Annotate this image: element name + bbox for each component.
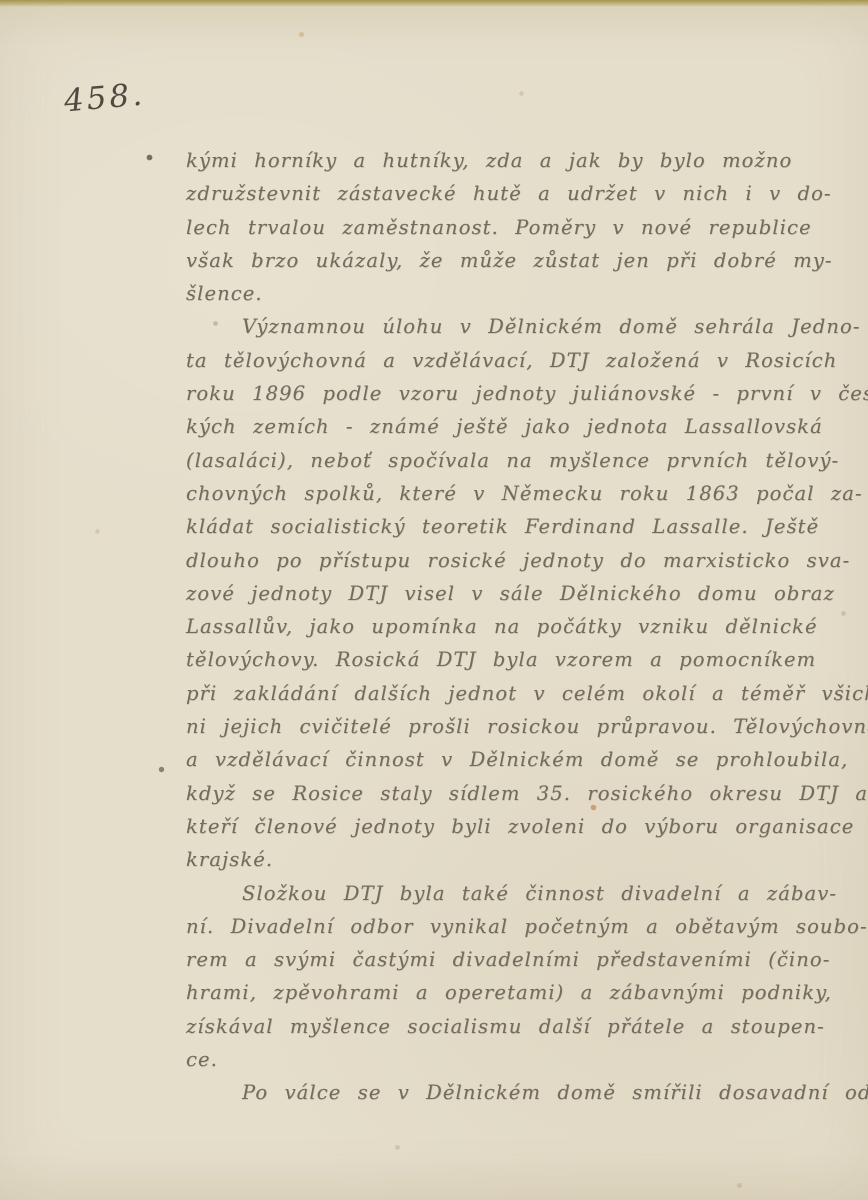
handwritten-line: hrami, zpěvohrami a operetami) a zábavný…	[186, 976, 854, 1009]
handwritten-line: ní. Divadelní odbor vynikal početným a o…	[186, 910, 854, 943]
handwritten-line: združstevnit zástavecké hutě a udržet v …	[186, 177, 854, 210]
handwritten-line: (lasaláci), neboť spočívala na myšlence …	[186, 444, 854, 477]
handwritten-line: rem a svými častými divadelními představ…	[186, 943, 854, 976]
handwritten-line: kteří členové jednoty byli zvoleni do vý…	[186, 810, 854, 843]
handwritten-line: šlence.	[186, 277, 854, 310]
handwritten-line: tělovýchovy. Rosická DTJ byla vzorem a p…	[186, 643, 854, 676]
handwritten-line: ta tělovýchovná a vzdělávací, DTJ založe…	[186, 344, 854, 377]
handwritten-line: zové jednoty DTJ visel v sále Dělnického…	[186, 577, 854, 610]
handwritten-text-block: kými horníky a hutníky, zda a jak by byl…	[186, 144, 854, 1110]
handwritten-line: roku 1896 podle vzoru jednoty juliánovsk…	[186, 377, 854, 410]
handwritten-line: Významnou úlohu v Dělnickém domě sehrála…	[186, 310, 854, 343]
handwritten-line: však brzo ukázaly, že může zůstat jen př…	[186, 244, 854, 277]
handwritten-line: když se Rosice staly sídlem 35. rosickéh…	[186, 777, 854, 810]
handwritten-line: ni jejich cvičitelé prošli rosickou průp…	[186, 710, 854, 743]
handwritten-line: chovných spolků, které v Německu roku 18…	[186, 477, 854, 510]
handwritten-line: Složkou DTJ byla také činnost divadelní …	[186, 877, 854, 910]
handwritten-line: ce.	[186, 1043, 854, 1076]
manuscript-page: 458. kými horníky a hutníky, zda a jak b…	[0, 0, 868, 1200]
page-number: 458.	[63, 77, 147, 120]
age-specks	[0, 0, 3, 3]
handwritten-line: kých zemích - známé ještě jako jednota L…	[186, 410, 854, 443]
handwritten-line: při zakládání dalších jednot v celém oko…	[186, 677, 854, 710]
handwritten-line: získával myšlence socialismu další přáte…	[186, 1010, 854, 1043]
handwritten-line: a vzdělávací činnost v Dělnickém domě se…	[186, 743, 854, 776]
handwritten-line: krajské.	[186, 843, 854, 876]
handwritten-line: Lassallův, jako upomínka na počátky vzni…	[186, 610, 854, 643]
handwritten-line: kými horníky a hutníky, zda a jak by byl…	[186, 144, 854, 177]
handwritten-line: kládat socialistický teoretik Ferdinand …	[186, 510, 854, 543]
handwritten-line: Po válce se v Dělnickém domě smířili dos…	[186, 1076, 854, 1109]
handwritten-line: lech trvalou zaměstnanost. Poměry v nové…	[186, 211, 854, 244]
handwritten-line: dlouho po přístupu rosické jednoty do ma…	[186, 544, 854, 577]
